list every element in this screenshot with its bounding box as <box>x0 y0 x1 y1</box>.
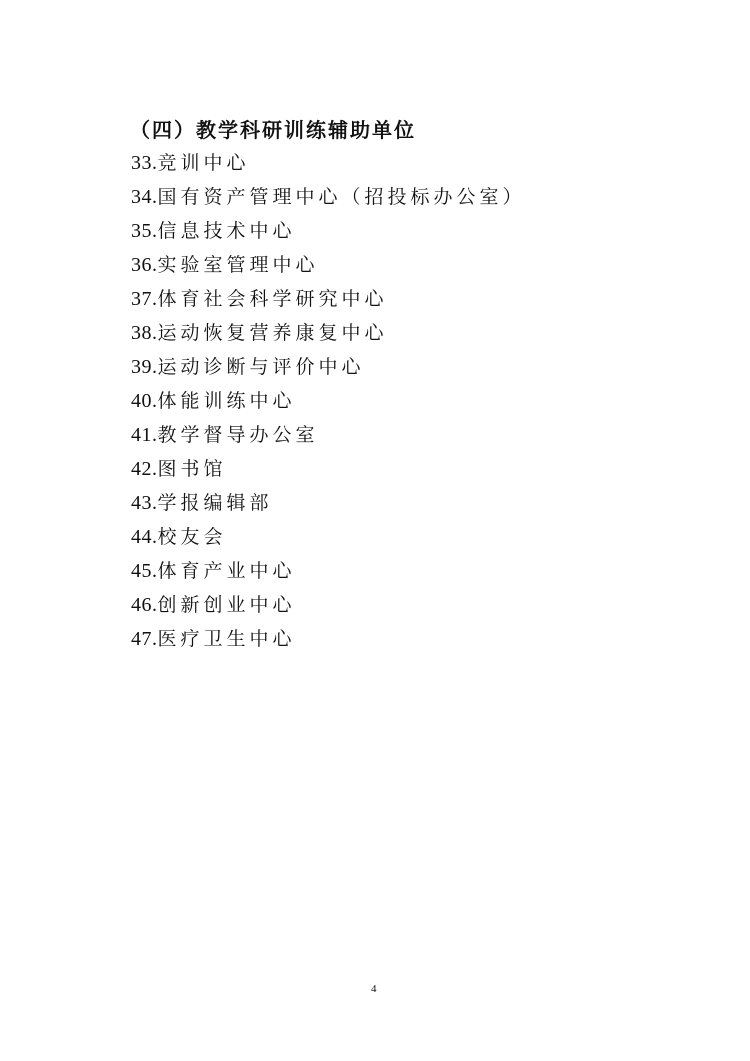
unit-list: 33.竞训中心 34.国有资产管理中心（招投标办公室） 35.信息技术中心 36… <box>131 146 526 656</box>
item-number: 38. <box>131 322 158 344</box>
list-item: 37.体育社会科学研究中心 <box>131 282 526 316</box>
item-number: 35. <box>131 220 158 242</box>
list-item: 44.校友会 <box>131 520 526 554</box>
item-number: 45. <box>131 560 158 582</box>
list-item: 33.竞训中心 <box>131 146 526 180</box>
item-text: 运动恢复营养康复中心 <box>158 322 388 344</box>
item-number: 47. <box>131 628 158 650</box>
list-item: 38.运动恢复营养康复中心 <box>131 316 526 350</box>
item-text: 体育社会科学研究中心 <box>158 288 388 310</box>
list-item: 42.图书馆 <box>131 452 526 486</box>
list-item: 36.实验室管理中心 <box>131 248 526 282</box>
item-number: 37. <box>131 288 158 310</box>
item-text: 教学督导办公室 <box>158 424 319 446</box>
item-number: 36. <box>131 254 158 276</box>
item-number: 42. <box>131 458 158 480</box>
list-item: 46.创新创业中心 <box>131 588 526 622</box>
list-item: 35.信息技术中心 <box>131 214 526 248</box>
item-text: 竞训中心 <box>158 152 250 174</box>
page-number: 4 <box>371 983 377 995</box>
item-text: 体能训练中心 <box>158 390 296 412</box>
list-item: 40.体能训练中心 <box>131 384 526 418</box>
item-text: 图书馆 <box>158 458 227 480</box>
list-item: 39.运动诊断与评价中心 <box>131 350 526 384</box>
item-text: 国有资产管理中心（招投标办公室） <box>158 186 526 208</box>
item-text: 实验室管理中心 <box>158 254 319 276</box>
item-text: 学报编辑部 <box>158 492 273 514</box>
item-number: 44. <box>131 526 158 548</box>
item-number: 41. <box>131 424 158 446</box>
list-item: 41.教学督导办公室 <box>131 418 526 452</box>
item-text: 校友会 <box>158 526 227 548</box>
item-number: 43. <box>131 492 158 514</box>
list-item: 43.学报编辑部 <box>131 486 526 520</box>
item-number: 33. <box>131 152 158 174</box>
item-text: 体育产业中心 <box>158 560 296 582</box>
item-text: 医疗卫生中心 <box>158 628 296 650</box>
item-number: 39. <box>131 356 158 378</box>
item-number: 46. <box>131 594 158 616</box>
item-text: 创新创业中心 <box>158 594 296 616</box>
list-item: 45.体育产业中心 <box>131 554 526 588</box>
item-text: 信息技术中心 <box>158 220 296 242</box>
section-heading: （四）教学科研训练辅助单位 <box>130 114 416 143</box>
item-text: 运动诊断与评价中心 <box>158 356 365 378</box>
list-item: 34.国有资产管理中心（招投标办公室） <box>131 180 526 214</box>
item-number: 34. <box>131 186 158 208</box>
item-number: 40. <box>131 390 158 412</box>
list-item: 47.医疗卫生中心 <box>131 622 526 656</box>
